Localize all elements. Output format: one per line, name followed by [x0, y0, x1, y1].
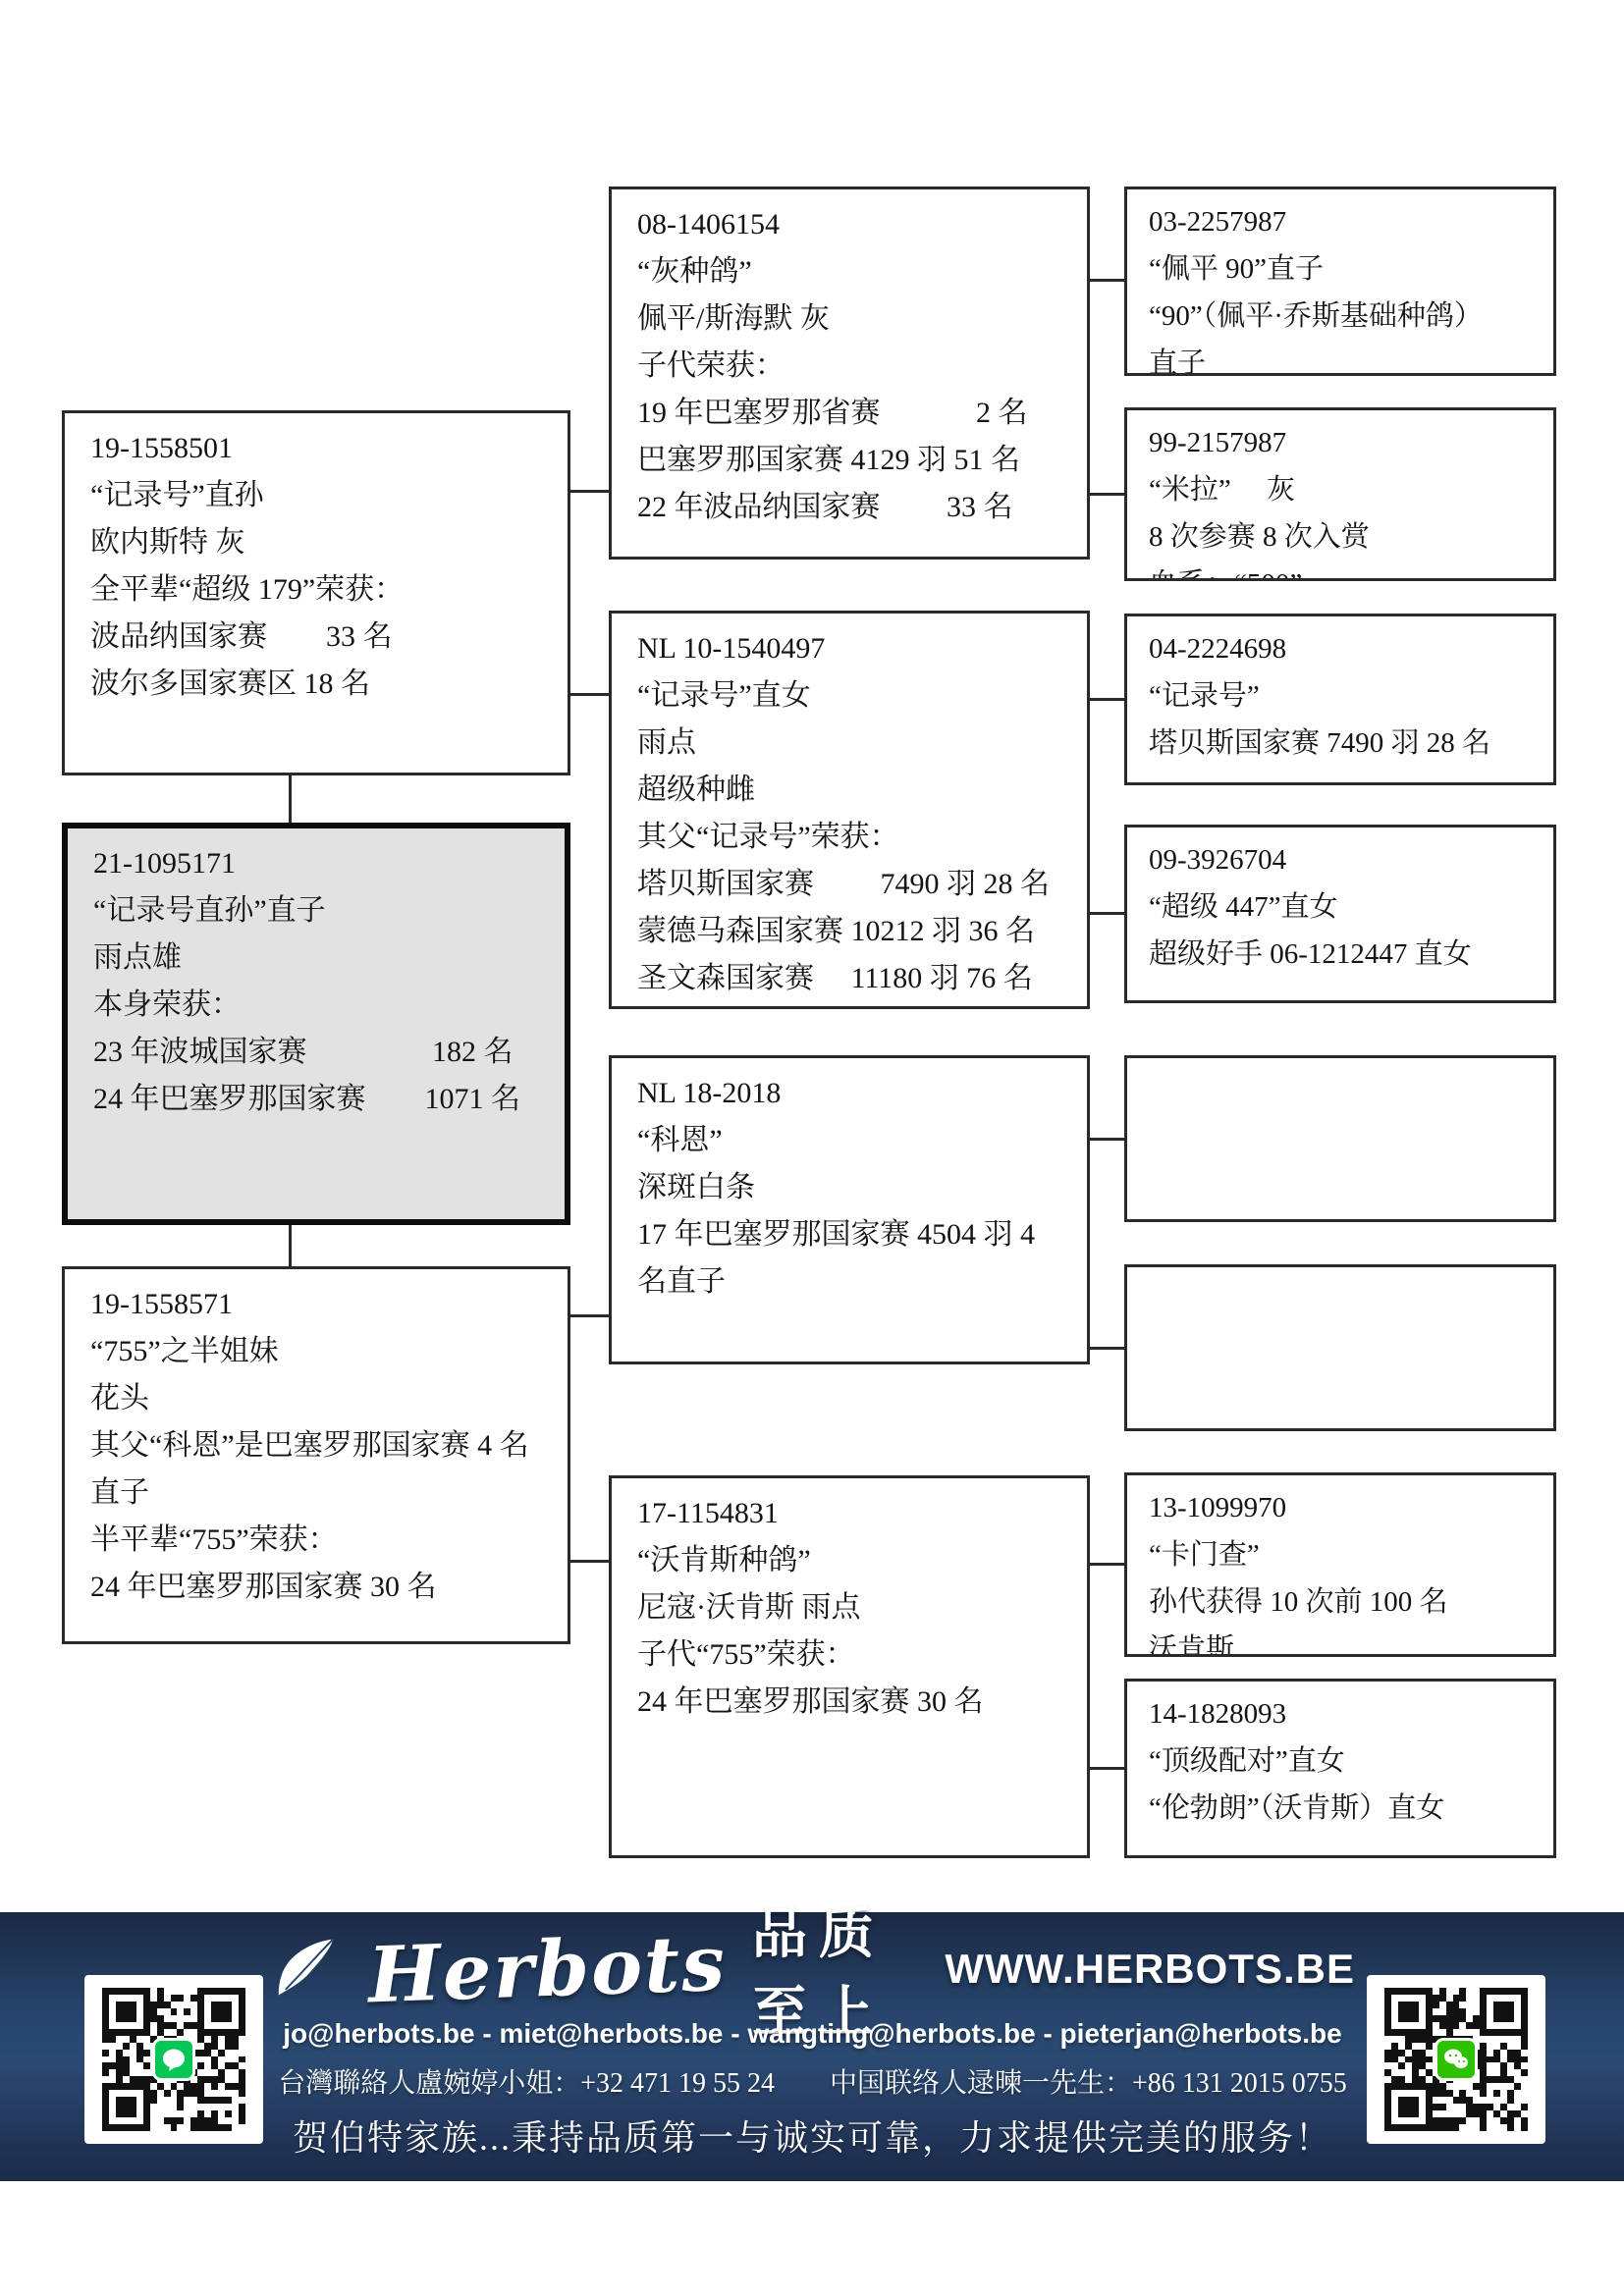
pedigree-box-g3-3: 04-2224698“记录号”塔贝斯国家赛 7490 羽 28 名	[1124, 614, 1556, 785]
pedigree-box-father: 19-1558501“记录号”直孙欧内斯特 灰全平辈“超级 179”荣获：波品纳…	[62, 410, 570, 775]
pedigree-text-line: 13-1099970	[1149, 1485, 1532, 1532]
connector-line	[1090, 1138, 1124, 1141]
pedigree-text-line: 04-2224698	[1149, 626, 1532, 673]
taiwan-contact: 台灣聯絡人盧婉婷小姐：+32 471 19 55 24	[278, 2061, 775, 2101]
pedigree-text-line: 17-1154831	[637, 1490, 1061, 1537]
connector-line	[570, 693, 609, 696]
pedigree-page: 19-1558501“记录号”直孙欧内斯特 灰全平辈“超级 179”荣获：波品纳…	[0, 0, 1624, 2296]
pedigree-text-line: “科恩”	[637, 1117, 1061, 1164]
footer-content: Herbots 品质至上 WWW.HERBOTS.BE jo@herbots.b…	[270, 1922, 1355, 2161]
pedigree-box-g3-1: 03-2257987“佩平 90”直子“90”（佩平·乔斯基础种鸽）直子	[1124, 187, 1556, 376]
website-url: WWW.HERBOTS.BE	[945, 1946, 1355, 1993]
pedigree-box-subject: 21-1095171“记录号直孙”直子雨点雄本身荣获：23 年波城国家赛 182…	[62, 823, 570, 1225]
pedigree-text-line: 19 年巴塞罗那省赛 2 名	[637, 390, 1061, 437]
pedigree-text-line: 佩平/斯海默 灰	[637, 295, 1061, 343]
pedigree-text-line: 全平辈“超级 179”荣获：	[90, 566, 542, 614]
pedigree-box-g3-7: 13-1099970“卡门查”孙代获得 10 次前 100 名沃肯斯	[1124, 1472, 1556, 1657]
pedigree-text-line: “灰种鸽”	[637, 248, 1061, 295]
pedigree-box-g3-2: 99-2157987“米拉” 灰8 次参赛 8 次入赏血系：“500”	[1124, 407, 1556, 581]
pedigree-text-line: “记录号”直孙	[90, 472, 542, 519]
pedigree-text-line: 蒙德马森国家赛 10212 羽 36 名	[637, 908, 1061, 955]
pedigree-text-line: 14-1828093	[1149, 1691, 1532, 1738]
feather-icon	[265, 1934, 348, 2003]
pedigree-box-g3-6-empty	[1124, 1264, 1556, 1431]
pedigree-box-g3-8: 14-1828093“顶级配对”直女“伦勃朗”（沃肯斯）直女	[1124, 1679, 1556, 1858]
pedigree-text-line: 23 年波城国家赛 182 名	[93, 1029, 539, 1076]
pedigree-box-mother: 19-1558571“755”之半姐妹花头其父“科恩”是巴塞罗那国家赛 4 名直…	[62, 1266, 570, 1644]
connector-line	[1090, 698, 1124, 701]
pedigree-text-line: 本身荣获：	[93, 982, 539, 1029]
connector-line	[1090, 1767, 1124, 1770]
china-contact: 中国联络人逯暕一先生：+86 131 2015 0755	[830, 2061, 1347, 2101]
pedigree-text-line: 子代荣获：	[637, 343, 1061, 390]
pedigree-box-paternal-grandmother: NL 10-1540497“记录号”直女雨点超级种雌其父“记录号”荣获：塔贝斯国…	[609, 611, 1090, 1009]
pedigree-text-line: 塔贝斯国家赛 7490 羽 28 名	[637, 861, 1061, 908]
pedigree-text-line: 19-1558571	[90, 1281, 542, 1328]
pedigree-text-line: “米拉” 灰	[1149, 467, 1532, 514]
pedigree-text-line: “记录号”直女	[637, 672, 1061, 720]
pedigree-text-line: 尼寇·沃肯斯 雨点	[637, 1584, 1061, 1631]
pedigree-text-line: 24 年巴塞罗那国家赛 30 名	[637, 1679, 1061, 1726]
pedigree-text-line: 欧内斯特 灰	[90, 519, 542, 566]
pedigree-text-line: 孙代获得 10 次前 100 名	[1149, 1579, 1532, 1627]
pedigree-text-line: “伦勃朗”（沃肯斯）直女	[1149, 1786, 1532, 1833]
pedigree-text-line: “记录号”	[1149, 673, 1532, 721]
connector-line	[289, 775, 292, 823]
pedigree-text-line: “沃肯斯种鸽”	[637, 1537, 1061, 1584]
pedigree-text-line: 超级种雌	[637, 767, 1061, 814]
pedigree-text-line: 19-1558501	[90, 425, 542, 472]
line-qr-code	[84, 1975, 263, 2144]
pedigree-text-line: “90”（佩平·乔斯基础种鸽）	[1149, 294, 1532, 341]
connector-line	[1090, 1347, 1124, 1350]
pedigree-text-line: 08-1406154	[637, 201, 1061, 248]
pedigree-text-line: 8 次参赛 8 次入赏	[1149, 514, 1532, 561]
pedigree-text-line: 03-2257987	[1149, 199, 1532, 246]
pedigree-text-line: 24 年巴塞罗那国家赛 30 名	[90, 1564, 542, 1611]
wechat-icon	[1435, 2038, 1478, 2081]
pedigree-box-g3-5-empty	[1124, 1055, 1556, 1222]
connector-line	[1090, 493, 1124, 496]
wechat-qr-code	[1367, 1975, 1545, 2144]
pedigree-text-line: 圣文森国家赛 11180 羽 76 名	[637, 955, 1061, 1002]
pedigree-text-line: 血系：“500”	[1149, 561, 1532, 581]
connector-line	[289, 1225, 292, 1266]
contact-emails: jo@herbots.be - miet@herbots.be - wangti…	[283, 2018, 1341, 2050]
connector-line	[570, 1560, 609, 1563]
pedigree-text-line: “佩平 90”直子	[1149, 246, 1532, 294]
pedigree-text-line: 超级好手 06-1212447 直女	[1149, 932, 1532, 979]
pedigree-text-line: “记录号直孙”直子	[93, 887, 539, 934]
brand-logo-text: Herbots	[367, 1918, 729, 2020]
pedigree-text-line: 巴塞罗那国家赛 4129 羽 51 名	[637, 437, 1061, 484]
contact-phones: 台灣聯絡人盧婉婷小姐：+32 471 19 55 24 中国联络人逯暕一先生：+…	[278, 2061, 1347, 2101]
pedigree-text-line: 雨点	[637, 720, 1061, 767]
pedigree-text-line: “顶级配对”直女	[1149, 1738, 1532, 1786]
pedigree-text-line: 沃肯斯	[1149, 1627, 1532, 1657]
line-icon	[152, 2038, 195, 2081]
connector-line	[570, 490, 609, 493]
pedigree-text-line: 其父“科恩”是巴塞罗那国家赛 4 名直子	[90, 1422, 542, 1517]
pedigree-box-paternal-grandfather: 08-1406154“灰种鸽”佩平/斯海默 灰子代荣获：19 年巴塞罗那省赛 2…	[609, 187, 1090, 560]
connector-line	[570, 1314, 609, 1317]
pedigree-text-line: 21-1095171	[93, 840, 539, 887]
pedigree-text-line: 99-2157987	[1149, 420, 1532, 467]
pedigree-text-line: “755”之半姐妹	[90, 1328, 542, 1375]
footer-banner: Herbots 品质至上 WWW.HERBOTS.BE jo@herbots.b…	[0, 1912, 1624, 2181]
pedigree-text-line: 花头	[90, 1375, 542, 1422]
pedigree-box-g3-4: 09-3926704“超级 447”直女超级好手 06-1212447 直女	[1124, 825, 1556, 1003]
pedigree-text-line: NL 18-2018	[637, 1070, 1061, 1117]
connector-line	[1090, 912, 1124, 915]
pedigree-text-line: 子代“755”荣获：	[637, 1631, 1061, 1679]
pedigree-text-line: NL 10-1540497	[637, 625, 1061, 672]
pedigree-text-line: 24 年巴塞罗那国家赛 1071 名	[93, 1076, 539, 1123]
pedigree-text-line: 半平辈“755”荣获：	[90, 1517, 542, 1564]
pedigree-text-line: 雨点雄	[93, 934, 539, 982]
pedigree-text-line: 波尔多国家赛区 18 名	[90, 661, 542, 708]
pedigree-text-line: 其父“记录号”荣获：	[637, 814, 1061, 861]
footer-slogan: 贺伯特家族...秉持品质第一与诚实可靠，力求提供完美的服务！	[293, 2110, 1332, 2161]
pedigree-box-maternal-grandfather: NL 18-2018“科恩”深斑白条17 年巴塞罗那国家赛 4504 羽 4 名…	[609, 1055, 1090, 1364]
pedigree-text-line: 09-3926704	[1149, 837, 1532, 884]
connector-line	[1090, 1563, 1124, 1566]
pedigree-text-line: “超级 447”直女	[1149, 884, 1532, 932]
pedigree-text-line: 直子	[1149, 341, 1532, 376]
brand-row: Herbots 品质至上 WWW.HERBOTS.BE	[270, 1922, 1355, 2016]
pedigree-text-line: 17 年巴塞罗那国家赛 4504 羽 4 名直子	[637, 1211, 1061, 1306]
pedigree-text-line: “卡门查”	[1149, 1532, 1532, 1579]
pedigree-text-line: 深斑白条	[637, 1164, 1061, 1211]
pedigree-text-line: 22 年波品纳国家赛 33 名	[637, 484, 1061, 531]
connector-line	[1090, 279, 1124, 282]
pedigree-box-maternal-grandmother: 17-1154831“沃肯斯种鸽”尼寇·沃肯斯 雨点子代“755”荣获：24 年…	[609, 1475, 1090, 1858]
pedigree-text-line: 塔贝斯国家赛 7490 羽 28 名	[1149, 721, 1532, 768]
pedigree-text-line: 波品纳国家赛 33 名	[90, 614, 542, 661]
